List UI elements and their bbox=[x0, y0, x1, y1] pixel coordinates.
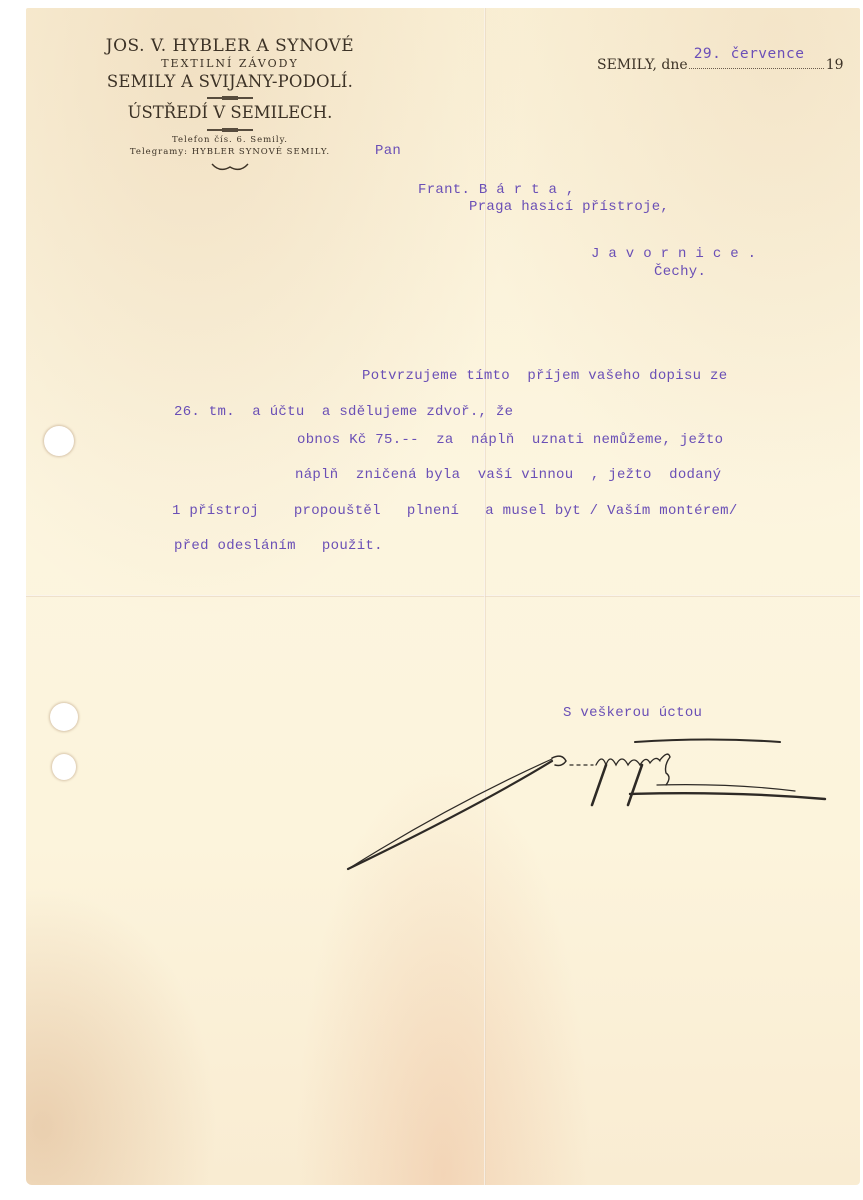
body-line: náplň zničená byla vaší vinnou , ježto d… bbox=[295, 467, 721, 483]
divider-ornament bbox=[207, 129, 253, 131]
closing-text: S veškerou úctou bbox=[563, 705, 702, 721]
horizontal-fold-line bbox=[26, 595, 860, 597]
body-line: 1 přístroj propouštěl plnení a musel byt… bbox=[172, 503, 738, 519]
punch-hole bbox=[44, 426, 74, 456]
flourish-ornament-icon bbox=[210, 161, 250, 173]
company-telegram: Telegramy: HYBLER SYNOVÉ SEMILY. bbox=[90, 146, 370, 158]
handwritten-signature bbox=[330, 725, 830, 875]
date-line: SEMILY, dne29. července19 bbox=[597, 56, 844, 73]
company-subtitle: TEXTILNÍ ZÁVODY bbox=[90, 56, 370, 72]
recipient-name: Frant. B á r t a , bbox=[418, 182, 575, 198]
recipient-country: Čechy. bbox=[654, 264, 706, 280]
company-phone: Telefon čís. 6. Semily. bbox=[90, 134, 370, 146]
punch-hole bbox=[52, 754, 76, 780]
body-line: před odesláním použit. bbox=[174, 538, 383, 554]
recipient-salutation: Pan bbox=[375, 143, 401, 159]
company-headquarters: ÚSTŘEDÍ V SEMILECH. bbox=[90, 102, 370, 124]
year-prefix: 19 bbox=[826, 57, 844, 73]
body-line: 26. tm. a účtu a sdělujeme zdvoř., že bbox=[174, 404, 513, 420]
date-dotted-field: 29. července bbox=[689, 56, 824, 69]
letterhead: JOS. V. HYBLER A SYNOVÉ TEXTILNÍ ZÁVODY … bbox=[90, 36, 370, 177]
divider-ornament bbox=[207, 97, 253, 99]
body-line: obnos Kč 75.-- za náplň uznati nemůžeme,… bbox=[297, 432, 723, 448]
punch-hole bbox=[50, 703, 78, 731]
recipient-company: Praga hasicí přístroje, bbox=[469, 199, 669, 215]
body-line: Potvrzujeme tímto příjem vašeho dopisu z… bbox=[362, 368, 727, 384]
place-label: SEMILY, dne bbox=[597, 57, 688, 73]
typed-date: 29. července bbox=[694, 46, 805, 62]
company-name: JOS. V. HYBLER A SYNOVÉ bbox=[90, 36, 370, 56]
company-locations: SEMILY A SVIJANY-PODOLÍ. bbox=[90, 72, 370, 92]
recipient-town: J a v o r n i c e . bbox=[591, 246, 756, 262]
